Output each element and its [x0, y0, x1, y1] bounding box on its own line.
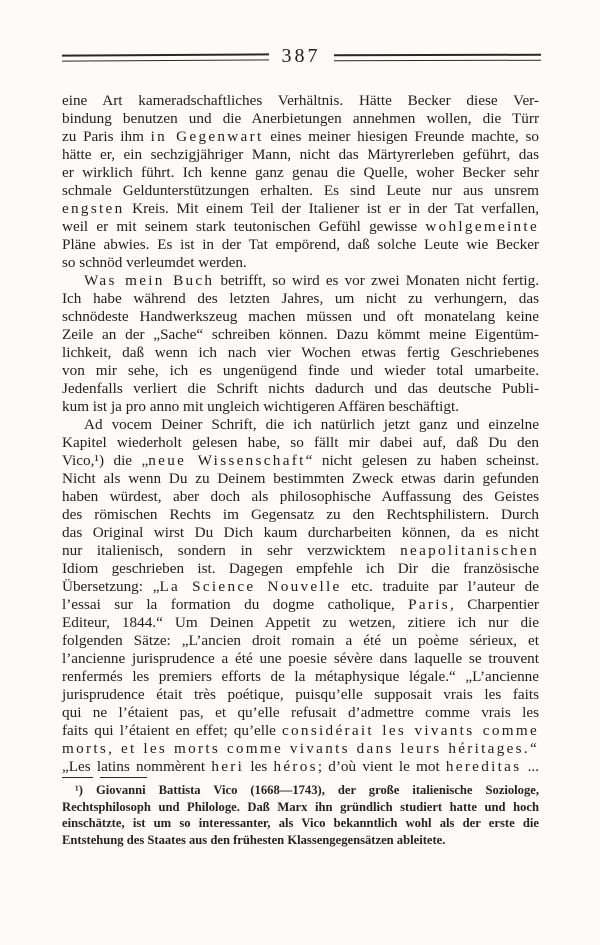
text-line: ¹) Giovanni Battista Vico (1668—1743), d… [62, 782, 539, 799]
text-line: Ich habe während des letzten Jahres, um … [62, 290, 539, 308]
text-line: folgenden Sätze: „L’ancien droit romain … [62, 632, 539, 650]
letterspaced-text: neapolitanischen [400, 542, 539, 559]
letterspaced-text: considérait les vivants comme [282, 722, 539, 739]
text-line: „Les latins nommèrent heri les héros; d’… [62, 758, 539, 776]
text-line: eine Art kameradschaftliches Verhältnis.… [62, 92, 539, 110]
text-line: Zeile an der „Sache“ schreiben können. D… [62, 326, 539, 344]
letterspaced-text: Was mein Buch [84, 272, 214, 289]
page-header: 387 [62, 49, 540, 66]
separator-dash [100, 777, 147, 778]
text-line: Kapitel wiederholt gelesen habe, so fäll… [62, 434, 539, 452]
text-line: Vico,¹) die „neue Wissenschaft“ nicht ge… [62, 452, 539, 470]
text-line: schmale Geldunterstützungen erhalten. Es… [62, 182, 539, 200]
text-line: des römischen Rechts im Gegensatz zu den… [62, 506, 539, 524]
text-line: qui ne l’étaient pas, et qu’elle refusai… [62, 704, 539, 722]
text-line: Ad vocem Deiner Schrift, die ich natürli… [62, 416, 539, 434]
text-line: nur italienisch, sondern in sehr verzwic… [62, 542, 539, 560]
separator-dash [62, 777, 93, 778]
letterspaced-text: hereditas [446, 758, 522, 775]
book-page: 387 eine Art kameradschaftliches Verhält… [0, 0, 600, 945]
text-line: morts, et les morts comme vivants dans l… [62, 740, 539, 758]
letterspaced-text: in Gegenwart [151, 128, 264, 145]
text-line: Was mein Buch betrifft, so wird es vor z… [62, 272, 539, 290]
letterspaced-text: La Science Nouvelle [159, 578, 341, 595]
paragraph-vico: Ad vocem Deiner Schrift, die ich natürli… [62, 416, 539, 776]
letterspaced-text: Paris [408, 596, 450, 613]
text-line: Pläne abwies. Es ist in der Tat empörend… [62, 236, 539, 254]
text-line: renfermés les premiers efforts de la mét… [62, 668, 539, 686]
text-line: lichkeit, daß wenn ich nach vier Wochen … [62, 344, 539, 362]
paragraph-becker: eine Art kameradschaftliches Verhältnis.… [62, 92, 539, 272]
text-line: so schnöd verleumdet werden. [62, 254, 539, 272]
letterspaced-text: engsten [62, 200, 125, 217]
text-line: faits qui l’étaient en effet; qu’elle co… [62, 722, 539, 740]
text-line: zu Paris ihm in Gegenwart eines meiner h… [62, 128, 539, 146]
letterspaced-text: héros [273, 758, 317, 775]
letterspaced-text: neue Wissenschaft [148, 452, 305, 469]
letterspaced-text: heri [211, 758, 244, 775]
letterspaced-text: wohlgemeinte [425, 218, 539, 235]
text-line: Editeur, 1844.“ Um Deinen Appetit zu wet… [62, 614, 539, 632]
text-line: l’ancienne jurisprudence a été une poesi… [62, 650, 539, 668]
text-line: Jedenfalls verliert die Schrift nichts d… [62, 380, 539, 398]
letter-body: eine Art kameradschaftliches Verhältnis.… [62, 92, 539, 776]
text-line: er wirklich führt. Ich kenne ganz genau … [62, 164, 539, 182]
text-line: von mir sehe, ich es ungenügend finde un… [62, 362, 539, 380]
page-number: 387 [269, 46, 334, 66]
header-rule-left [62, 53, 269, 61]
text-line: Idiom geschrieben ist. Dagegen empfehle … [62, 560, 539, 578]
text-line: engsten Kreis. Mit einem Teil der Italie… [62, 200, 539, 218]
footnote: ¹) Giovanni Battista Vico (1668—1743), d… [62, 782, 539, 848]
text-line: haben würdest, aber doch als philosophis… [62, 488, 539, 506]
text-line: jurisprudence était très poétique, puisq… [62, 686, 539, 704]
text-line: schnödeste Handwerkszeug machen müssen u… [62, 308, 539, 326]
text-line: Nicht als wenn Du zu Deinem bestimmten Z… [62, 470, 539, 488]
letterspaced-text: morts, et les morts comme vivants dans l… [62, 740, 539, 757]
paragraph-buch: Was mein Buch betrifft, so wird es vor z… [62, 272, 539, 416]
header-rule-right [333, 54, 540, 62]
text-line: Übersetzung: „La Science Nouvelle etc. t… [62, 578, 539, 596]
text-line: Rechtsphilosoph und Philologe. Daß Marx … [62, 799, 539, 816]
text-line: Entstehung des Staates aus den frühesten… [62, 832, 539, 849]
footnote-separator [62, 777, 147, 778]
text-line: das Original wirst Du Dich kaum durcharb… [62, 524, 539, 542]
text-line: kum ist ja pro anno mit ungleich wichtig… [62, 398, 539, 416]
text-line: bindung benutzen und die Anerbietungen a… [62, 110, 539, 128]
text-line: weil er mit seinem stark teutonischen Ge… [62, 218, 539, 236]
text-line: l’essai sur la formation du dogme cathol… [62, 596, 539, 614]
text-line: einschätzte, ist um so interessanter, al… [62, 815, 539, 832]
text-line: hätte er, ein sechzigjähriger Mann, nich… [62, 146, 539, 164]
